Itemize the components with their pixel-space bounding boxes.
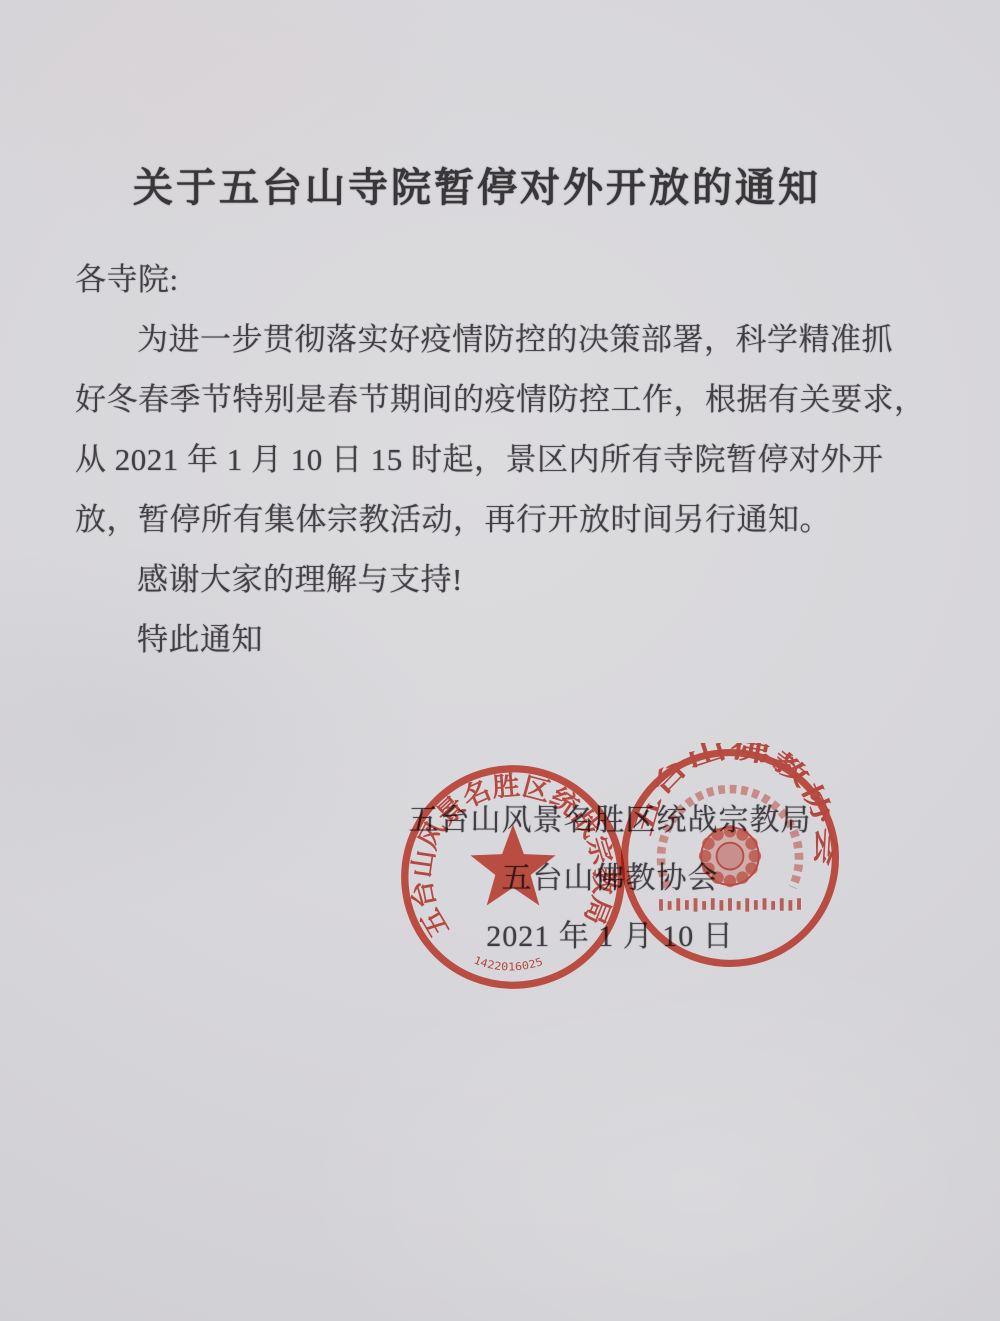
closing-line: 特此通知: [75, 610, 940, 670]
dharma-wheel-icon: [699, 825, 761, 887]
body-line-4: 放，暂停所有集体宗教活动，再行开放时间另行通知。: [75, 490, 940, 550]
body-line-1: 为进一步贯彻落实好疫情防控的决策部署，科学精准抓: [75, 310, 940, 370]
notice-title: 关于五台山寺院暂停对外开放的通知: [0, 156, 954, 213]
document-page: 关于五台山寺院暂停对外开放的通知 各寺院: 为进一步贯彻落实好疫情防控的决策部署…: [0, 0, 1000, 1321]
thanks-line: 感谢大家的理解与支持!: [75, 550, 940, 610]
body-line-3: 从 2021 年 1 月 10 日 15 时起，景区内所有寺院暂停对外开: [75, 430, 940, 490]
left-official-seal: 五台山风景名胜区统战宗教局 1422016025: [396, 760, 630, 994]
seal-code: 1422016025: [472, 954, 545, 974]
red-star-icon: [470, 824, 555, 905]
body-line-2: 好冬春季节特别是春节期间的疫情防控工作，根据有关要求，: [75, 370, 940, 430]
notice-body: 各寺院: 为进一步贯彻落实好疫情防控的决策部署，科学精准抓 好冬春季节特别是春节…: [75, 250, 940, 670]
salutation: 各寺院:: [75, 250, 940, 310]
right-official-seal: 五台山佛教协会: [615, 743, 845, 973]
mongolian-script-icon: [659, 898, 801, 911]
